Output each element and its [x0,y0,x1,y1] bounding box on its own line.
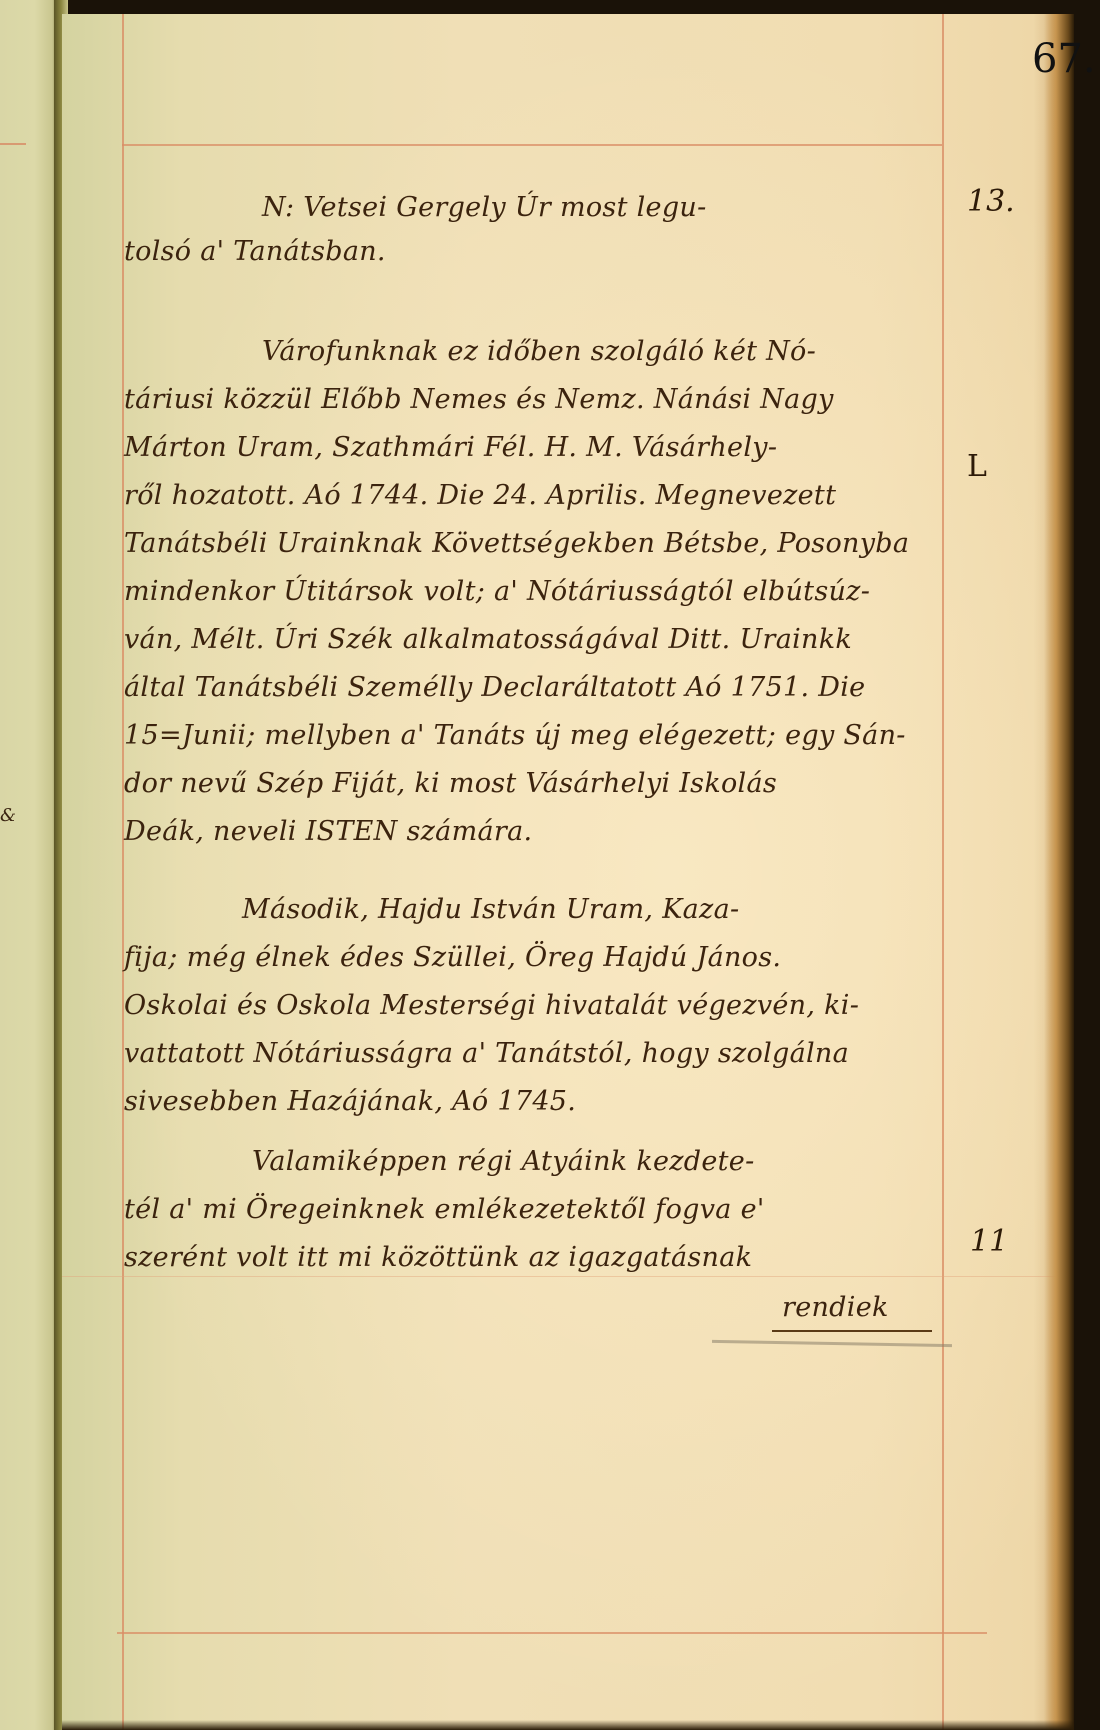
margin-mark-l: L [967,449,987,484]
bottom-ruling [117,1632,987,1634]
p1-line-4: ről hozatott. Aó 1744. Die 24. Aprilis. … [124,480,836,511]
heading-line-1: N: Vetsei Gergely Úr most legu- [262,192,707,223]
page-edge-right [1044,14,1074,1730]
page-edge-bottom [62,1720,1074,1730]
right-margin-rule [942,14,944,1730]
p1-line-3: Márton Uram, Szathmári Fél. H. M. Vásárh… [124,432,777,463]
p3-line-4: rendiek [782,1292,889,1323]
facing-page-mark: & [0,805,16,826]
p3-line-3: szerént volt itt mi közöttünk az igazgat… [124,1242,752,1273]
p2-line-1: Második, Hajdu István Uram, Kaza- [242,894,739,925]
p2-line-2: fija; még élnek édes Szüllei, Öreg Hajdú… [124,942,781,973]
manuscript-page: 67. 13. L 11 N: Vetsei Gergely Úr most l… [62,14,1074,1730]
p1-line-5: Tanátsbéli Urainknak Követtségekben Béts… [124,528,909,559]
page-number: 67. [1032,36,1096,82]
faint-ruling [62,1276,1062,1277]
p2-line-5: sivesebben Hazájának, Aó 1745. [124,1086,576,1117]
p1-line-11: Deák, neveli ISTEN számára. [124,816,532,847]
pencil-stroke [712,1340,952,1347]
p1-line-9: 15=Junii; mellyben a' Tanáts új meg elég… [124,720,906,751]
p2-line-4: vattatott Nótáriusságra a' Tanátstól, ho… [124,1038,849,1069]
p3-line-2: tél a' mi Öregeinknek emlékezetektől fog… [124,1194,765,1225]
scan-top-border [0,0,1100,12]
p1-line-6: mindenkor Útitársok volt; a' Nótáriusság… [124,576,870,607]
top-ruling [122,144,942,146]
margin-line-number: 13. [967,184,1015,219]
p1-line-1: Várofunknak ez időben szolgáló két Nó- [262,336,816,367]
p1-line-7: ván, Mélt. Úri Szék alkalmatosságával Di… [124,624,852,655]
p1-line-8: által Tanátsbéli Személly Declaráltatott… [124,672,865,703]
facing-page-ruling [0,143,26,145]
p3-line-1: Valamiképpen régi Atyáink kezdete- [252,1146,755,1177]
p2-line-3: Oskolai és Oskola Mesterségi hivatalát v… [124,990,859,1021]
p1-line-2: táriusi közzül Előbb Nemes és Nemz. Náná… [124,384,834,415]
margin-mark-11: 11 [970,1224,1008,1259]
facing-page-edge: & [0,0,58,1730]
p1-line-10: dor nevű Szép Fiját, ki most Vásárhelyi … [124,768,777,799]
closing-underline [772,1330,932,1332]
heading-line-2: tolsó a' Tanátsban. [124,236,386,267]
left-margin-rule [122,14,124,1730]
